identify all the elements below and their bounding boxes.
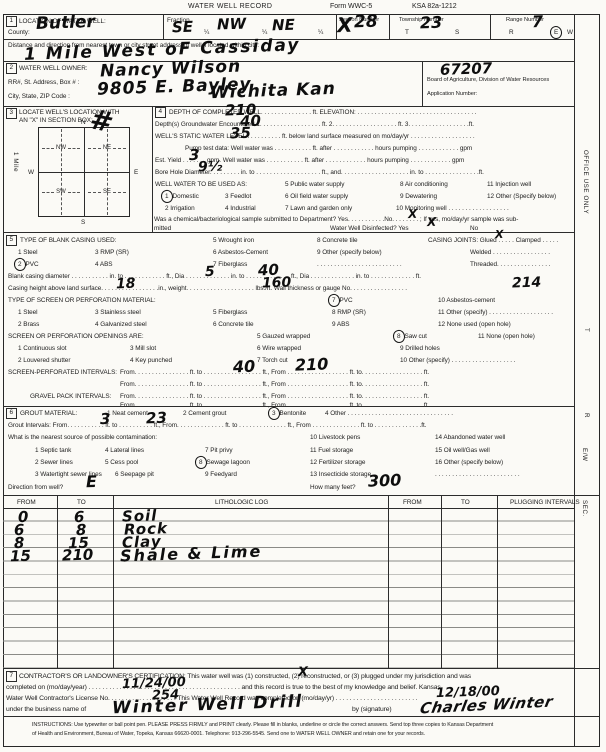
contam-option-13: 13 Insecticide storage [310,471,371,478]
table-col-divider [497,495,498,668]
section-6-number: 6 [6,408,17,419]
contam-option-8-circled: 8 [199,459,203,466]
opening-option-8: 8Saw cut [397,333,427,340]
disinfected-label: Water Well Disinfected? Yes [330,225,409,232]
opening-option-6: 6 Wire wrapped [257,345,301,352]
owner-label: WATER WELL OWNER: [19,65,88,72]
section-7-number: 7 [6,671,17,682]
gravel-intervals-line-1: From. . . . . . . . . . . . . . . . ft. … [120,393,429,400]
table-header-from-1: FROM [17,499,36,506]
section-box-dash [107,129,108,215]
township-value: 23 [420,16,443,31]
grout-option-2: 2 Cement grout [183,410,226,417]
application-number-label: Application Number: [427,91,477,98]
one-mile-label: 1 Mile [12,152,19,172]
contam-option-16-dots: . . . . . . . . . . . . . . . . . . . . … [435,471,520,478]
table-header-from-2: FROM [403,499,422,506]
grout-option-3: 3Bentonite [272,410,306,417]
township-t-prefix: T [405,29,409,36]
quarter-symbol: ¼ [204,29,209,36]
opening-option-4: 4 Key punched [130,357,172,364]
range-r-prefix: R [509,29,514,36]
casing-option-9: 9 Other (specify below) [317,249,382,256]
use-option-11: 11 Injection well [487,181,531,188]
groundwater-line: Depth(s) Groundwater Encountered 1. . . … [155,121,474,128]
static-level-line: WELL'S STATIC WATER LEVEL . . . . . . . … [155,133,475,140]
casing-heading: TYPE OF BLANK CASING USED: [20,237,116,244]
grout-intervals-line: Grout Intervals: From. . . . . . . . . .… [8,422,426,429]
compass-n: N [81,119,86,126]
quadrant-nw: NW [40,145,82,151]
county-label: County: [8,29,30,36]
quadrant-se-label: SE [103,189,111,195]
section-number-value: 28 [354,15,378,31]
cell-divider [152,106,153,232]
casing-height-value: 18 [116,278,136,291]
office-ew-label: E/W [581,448,588,462]
grout-option-4: 4 Other . . . . . . . . . . . . . . . . … [325,410,453,417]
opening-option-8-label: Saw cut [405,333,427,340]
screen-intervals-label: SCREEN-PERFORATED INTERVALS: [8,369,117,376]
pump-test-line: Pump test data: Well water was . . . . .… [185,145,472,152]
table-col-divider [441,495,442,668]
table-top-border [3,495,600,496]
range-value: 7 [532,15,544,30]
range-west: W [567,29,573,36]
contam-option-14: 14 Abandoned water well [435,434,505,441]
screen-option-9: 9 ABS [332,321,350,328]
fraction-q2-value: NW [217,17,247,32]
screen-option-5: 5 Fiberglass [213,309,247,316]
use-heading: WELL WATER TO BE USED AS: [155,181,247,188]
certification-line-4a: under the business name of [6,706,86,713]
use-option-7: 7 Lawn and garden only [285,205,352,212]
section-divider [3,406,574,407]
casing-height-line: Casing height above land surface. . . . … [8,285,407,292]
opening-option-5: 5 Gauzed wrapped [257,333,310,340]
feet-label: How many feet? [310,484,355,491]
contam-option-9: 9 Feedyard [205,471,237,478]
screen-from-value: 40 [233,360,256,375]
casing-option-2-circled: 2 [18,261,22,268]
openings-heading: SCREEN OR PERFORATION OPENINGS ARE: [8,333,144,340]
certification-line-4b: by (signature) [352,706,391,713]
constructed-x: X [298,667,308,679]
gravel-pack-label: GRAVEL PACK INTERVALS: [30,393,111,400]
cell-divider [163,14,164,39]
fraction-q1-value: SE [172,21,194,35]
section-divider [3,232,574,233]
casing-option-9-dots: . . . . . . . . . . . . . . . . . . . . … [317,261,402,268]
casing-option-5: 5 Wrought iron [213,237,254,244]
quadrant-nw-label: NW [56,145,66,151]
instructions-divider [3,716,600,717]
quadrant-sw-label: SW [56,189,66,195]
range-east: E [554,29,558,36]
range-east-circled: E [554,29,558,36]
contam-option-16: 16 Other (specify below) [435,459,503,466]
water-well-record-form: WATER WELL RECORD Form WWC-5 KSA 82a-121… [0,0,606,752]
log-row-from: 15 [10,550,31,564]
depth-completed-line: DEPTH OF COMPLETED WELL. . . . . . . . .… [169,109,477,116]
opening-option-11: 11 None (open hole) [478,333,535,340]
quadrant-ne-label: NE [103,145,111,151]
office-township-label: T [583,328,590,332]
section-box-center-horizontal [38,172,130,173]
sample-line: Was a chemical/bacteriological sample su… [154,216,518,223]
use-option-3: 3 Feedlot [225,193,251,200]
use-option-2: 2 Irrigation [165,205,195,212]
weight-value: 160 [262,276,292,290]
table-col-divider [113,495,114,668]
screen-option-7: 7PVC [332,297,353,304]
opening-option-10: 10 Other (specify) . . . . . . . . . . .… [400,357,515,364]
opening-option-9: 9 Drilled holes [400,345,440,352]
quadrant-ne: NE [86,145,128,151]
screen-option-10: 10 Asbestos-cement [438,297,495,304]
screen-option-2: 2 Brass [18,321,39,328]
quarter-symbol: ¼ [262,29,267,36]
screen-option-3: 3 Stainless steel [95,309,141,316]
screen-option-7-label: PVC [340,297,353,304]
office-sec-label: SEC. [581,500,588,517]
screen-intervals-line-2: From. . . . . . . . . . . . . . . . ft. … [120,381,429,388]
contam-option-12: 12 Fertilizer storage [310,459,365,466]
disinfected-no-label: No [470,225,478,232]
use-option-1: 1Domestic [165,193,199,200]
screen-option-1: 1 Steel [18,309,38,316]
board-label: Board of Agriculture, Division of Water … [427,77,549,84]
contam-option-10: 10 Livestock pens [310,434,360,441]
table-header-to-1: TO [77,499,86,506]
static-level-value: 35 [230,127,251,141]
opening-option-7: 7 Torch cut [257,357,288,364]
section-4-number: 4 [155,107,166,118]
grout-option-3-circled: 3 [272,410,276,417]
city-value: Wichita Kan [210,82,336,102]
screen-option-4: 4 Galvanized steel [95,321,147,328]
quadrant-se: SE [86,189,128,195]
casing-option-2: 2PVC [18,261,39,268]
contamination-question: What is the nearest source of possible c… [8,434,157,441]
grout-option-3-label: Bentonite [280,410,307,417]
table-col-divider [57,495,58,668]
casing-option-3: 3 RMP (SR) [95,249,129,256]
casing-diameter-value: 5 [205,266,215,279]
log-row-description: Shale & Lime [120,545,263,564]
sample-line-cont: mitted [154,225,171,232]
section-3-number: 3 [6,108,17,119]
screen-option-11: 11 Other (specify) . . . . . . . . . . .… [438,309,553,316]
contam-option-1: 1 Septic tank [35,447,71,454]
compass-e: E [134,169,138,176]
office-column-divider [574,14,575,747]
use-option-6: 6 Oil field water supply [285,193,348,200]
section-2-number: 2 [6,63,17,74]
contam-option-6: 6 Seepage pit [115,471,154,478]
screen-option-8: 8 RMP (SR) [332,309,366,316]
table-header-plugging-intervals: PLUGGING INTERVALS [510,499,580,506]
table-col-divider [388,495,389,668]
screen-to-value: 210 [295,357,329,373]
zip-value: 67207 [440,62,493,77]
sample-no-x: X [408,209,418,220]
contam-option-8: 8Sewage lagoon [199,459,250,466]
use-option-9: 9 Dewatering [400,193,437,200]
fraction-q3-value: NE [272,19,295,33]
cell-divider [422,61,423,106]
casing-option-2-label: PVC [26,261,39,268]
screen-material-heading: TYPE OF SCREEN OR PERFORATION MATERIAL: [8,297,156,304]
feet-value: 300 [368,473,402,489]
quarter-symbol: ¼ [318,29,323,36]
casing-option-7: 7 Fiberglass [213,261,247,268]
opening-option-3: 3 Mill slot [130,345,156,352]
contam-option-8-label: Sewage lagoon [207,459,250,466]
contam-option-4: 4 Lateral lines [105,447,144,454]
glued-x: X [495,230,504,240]
casing-option-4: 4 ABS [95,261,113,268]
instructions-line-1: INSTRUCTIONS: Use typewriter or ball poi… [32,722,493,729]
table-header-to-2: TO [461,499,470,506]
gauge-value: 214 [512,276,542,290]
casing-joints-threaded: Threaded. . . . . . . . . . . . . . . . [470,261,550,268]
city-label: City, State, ZIP Code : [8,93,70,100]
address-label: RR#, St. Address, Box # : [8,79,79,86]
form-number: Form WWC-5 [330,3,372,10]
use-option-12: 12 Other (Specify below) [487,193,556,200]
compass-w: W [28,169,34,176]
disinfected-yes-x: X [427,217,437,228]
section-box-dash [61,129,62,215]
section-1-number: 1 [6,16,17,27]
office-use-only-label: OFFICE USE ONLY [582,150,589,214]
use-option-1-label: Domestic [173,193,199,200]
compass-s: S [81,219,85,226]
table-row-lines [3,508,574,668]
use-option-8: 8 Air conditioning [400,181,448,188]
instructions-line-2: of Health and Environment, Bureau of Wat… [32,731,425,738]
cell-divider [490,14,491,39]
contam-option-2: 2 Sewer lines [35,459,73,466]
township-s-suffix: S [455,29,459,36]
screen-option-7-circled: 7 [332,297,336,304]
grout-option-1: 1 Neat cement [107,410,148,417]
section-5-number: 5 [6,235,17,246]
office-range-label: R [583,413,590,418]
county-value: Butler [36,15,95,32]
certification-line-2: completed on (mo/day/year) . . . . . . .… [6,684,441,691]
certification-line-1: CONTRACTOR'S OR LANDOWNER'S CERTIFICATIO… [19,673,471,680]
casing-joints-welded: Welded . . . . . . . . . . . . . . . . . [470,249,550,256]
screen-option-12: 12 None used (open hole) [438,321,511,328]
use-option-4: 4 Industrial [225,205,256,212]
direction-label: Direction from well? [8,484,63,491]
section-number-strike: X [337,16,353,35]
table-header-lithologic-log: LITHOLOGIC LOG [215,499,268,506]
cell-divider [389,14,390,39]
screen-intervals-line-1: From. . . . . . . . . . . . . . . . ft. … [120,369,429,376]
quadrant-sw: SW [40,189,82,195]
log-row-to: 210 [62,548,94,563]
opening-option-8-circled: 8 [397,333,401,340]
bore-diameter-value: 9½ [198,161,223,174]
grout-heading: GROUT MATERIAL: [20,410,77,417]
row-divider [3,106,574,107]
direction-value: E [86,475,97,490]
opening-option-2: 2 Louvered shutter [18,357,70,364]
casing-option-1: 1 Steel [18,249,38,256]
screen-option-6: 6 Concrete tile [213,321,253,328]
use-option-1-circled: 1 [165,193,169,200]
casing-joints-glued: CASING JOINTS: Glued . . . . . Clamped .… [428,237,558,244]
casing-option-6: 6 Asbestos-Cement [213,249,268,256]
contam-option-11: 11 Fuel storage [310,447,353,454]
form-title: WATER WELL RECORD [188,3,272,10]
form-ksa: KSA 82a-1212 [412,3,457,10]
contam-option-7: 7 Pit privy [205,447,233,454]
opening-option-1: 1 Continuous slot [18,345,67,352]
use-option-5: 5 Public water supply [285,181,344,188]
grout-to-value: 23 [146,412,167,426]
casing-option-8: 8 Concrete tile [317,237,357,244]
contam-option-15: 15 Oil well/Gas well [435,447,490,454]
contam-option-5: 5 Cess pool [105,459,138,466]
grout-from-value: 3 [100,413,111,427]
